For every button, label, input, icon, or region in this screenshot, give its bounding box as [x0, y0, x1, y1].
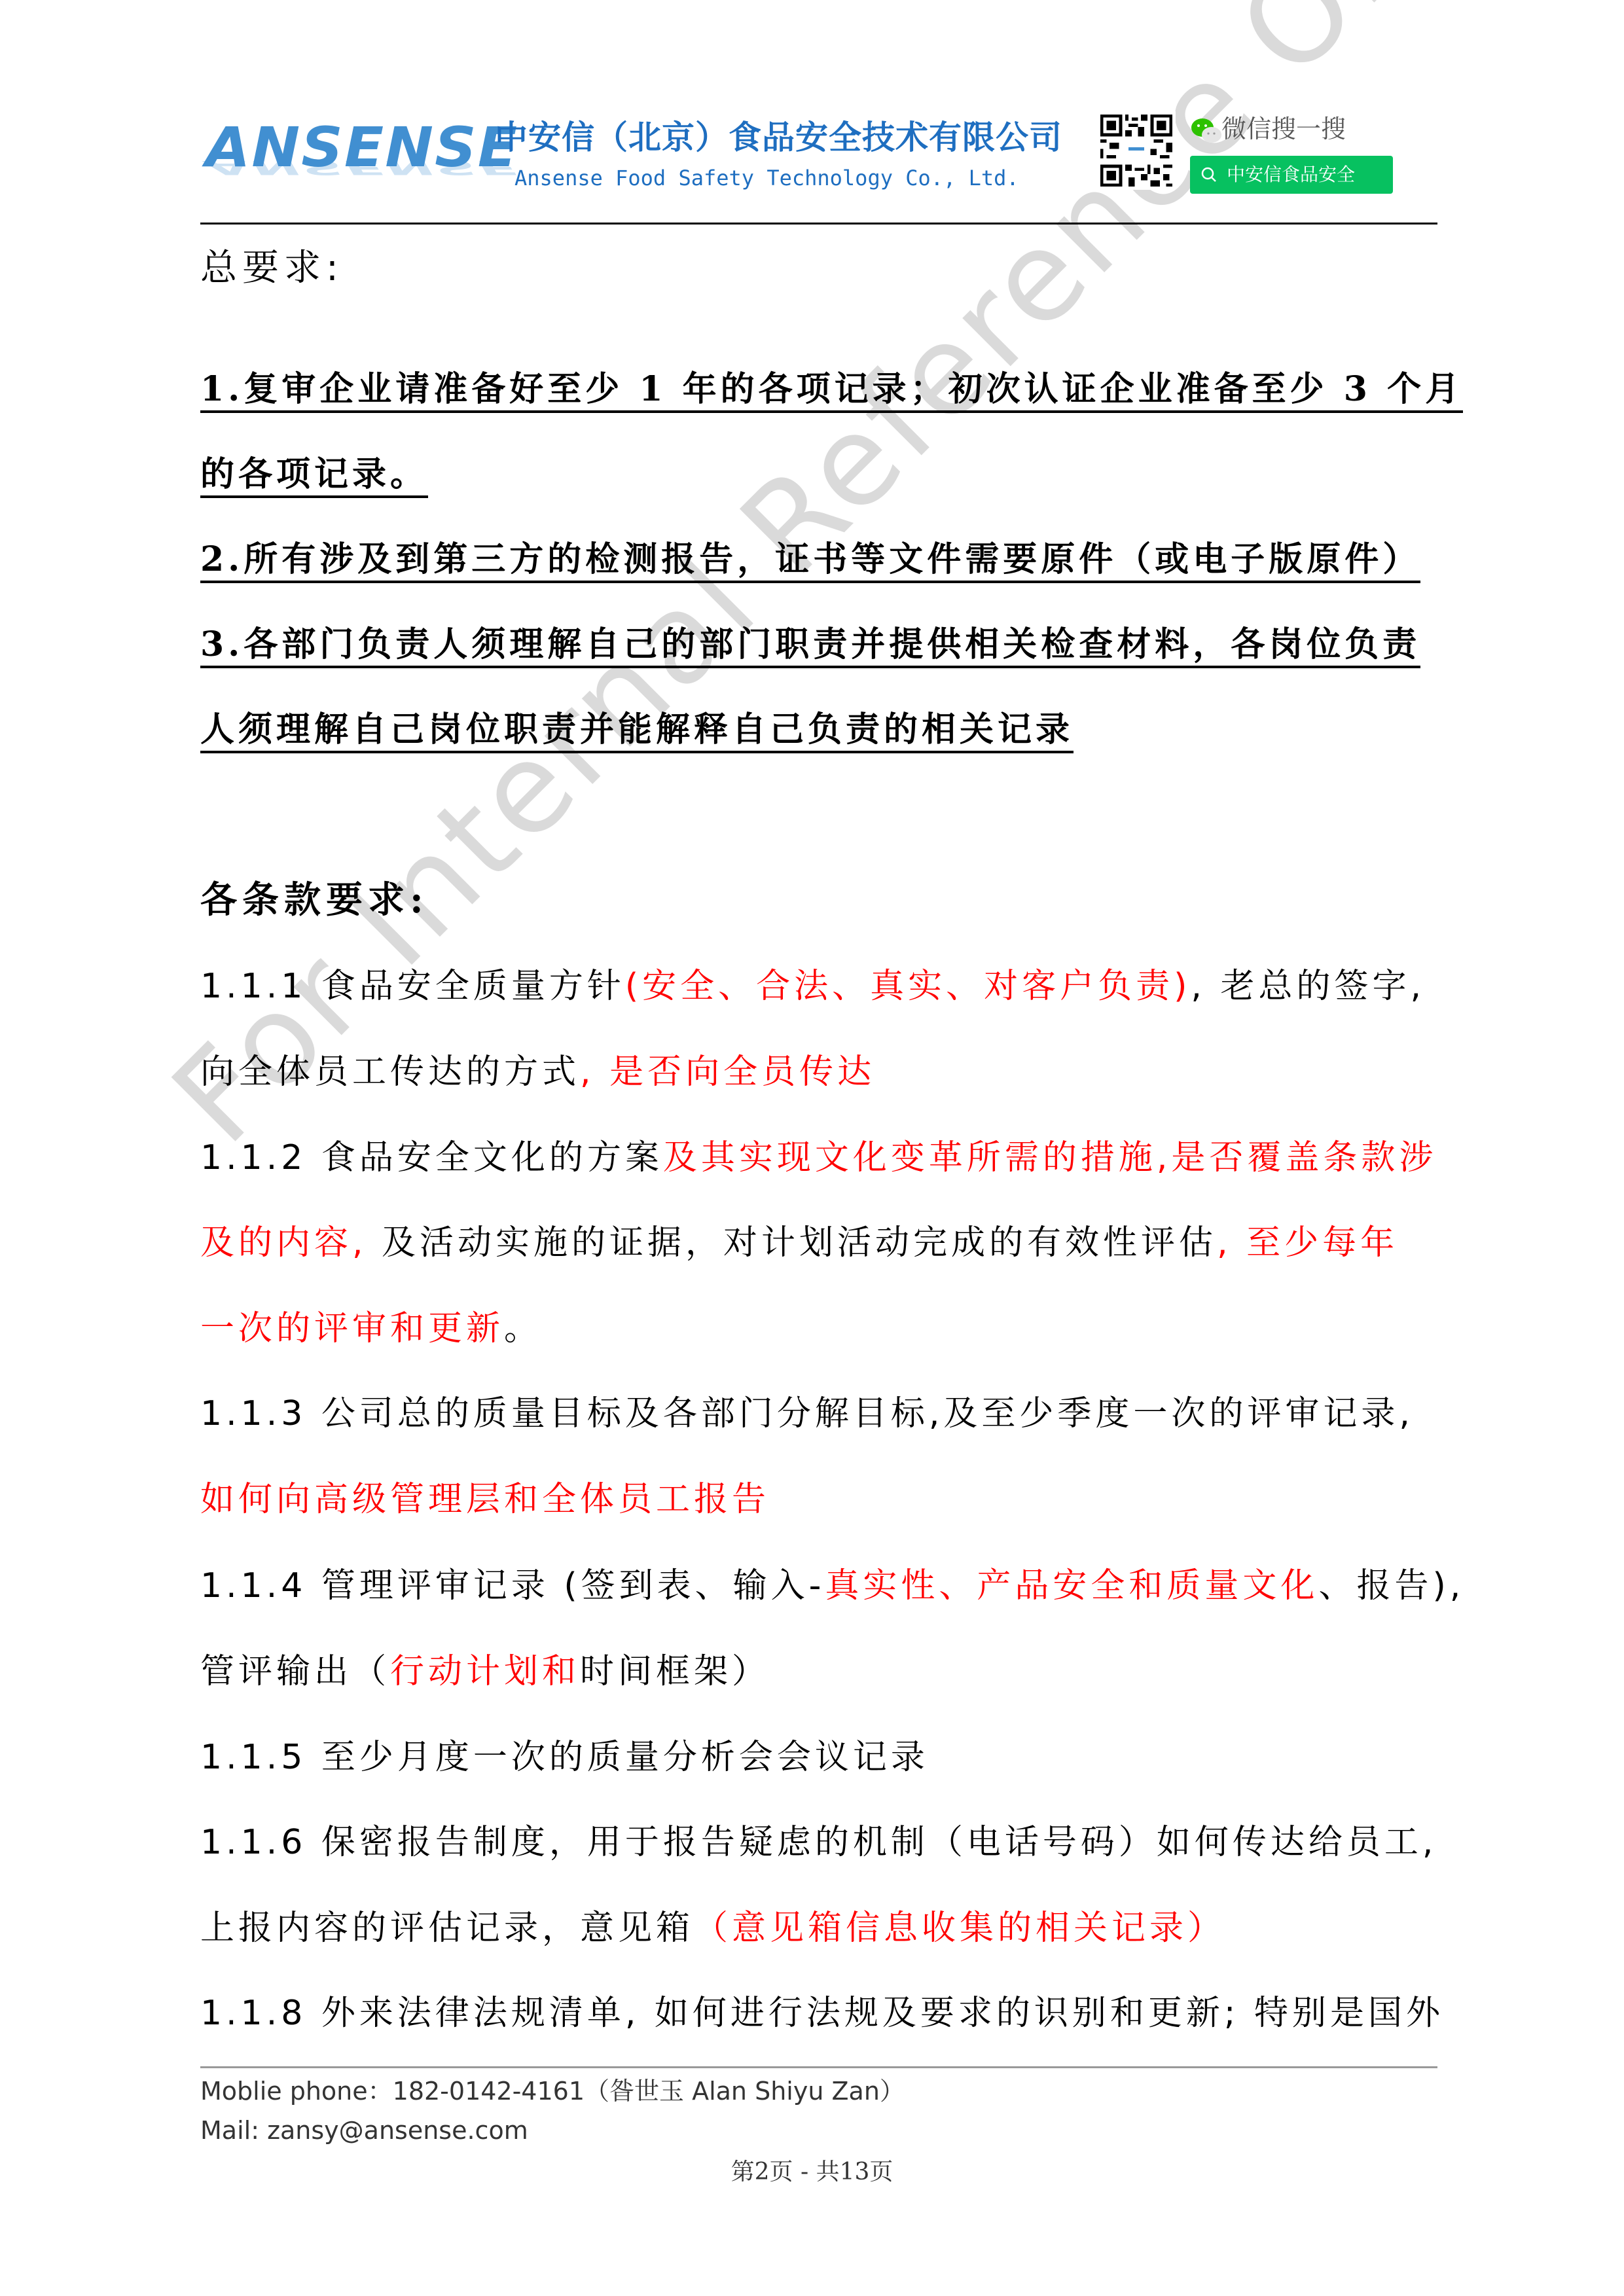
- wechat-search-text: 中安信食品安全: [1227, 156, 1355, 194]
- qr-code-icon: [1097, 111, 1176, 190]
- document-page: For Internal Reference ONLY ANSENSE ANSE…: [0, 0, 1624, 2296]
- clause-1-1-1-line-2: 向全体员工传达的方式, 是否向全员传达: [200, 1049, 875, 1095]
- clause-1-1-3-line-2: 如何向高级管理层和全体员工报告: [200, 1477, 770, 1522]
- general-item-2: 2.所有涉及到第三方的检测报告，证书等文件需要原件（或电子版原件）: [200, 537, 1420, 583]
- general-item-3-line-1: 3.各部门负责人须理解自己的部门职责并提供相关检查材料，各岗位负责: [200, 622, 1420, 668]
- clause-1-1-6-line-1: 1.1.6 保密报告制度，用于报告疑虑的机制（电话号码）如何传达给员工,: [200, 1820, 1437, 1865]
- company-name-en: Ansense Food Safety Technology Co., Ltd.: [514, 165, 1019, 191]
- clause-1-1-6-line-2: 上报内容的评估记录，意见箱（意见箱信息收集的相关记录）: [200, 1905, 1225, 1951]
- clause-1-1-3-line-1: 1.1.3 公司总的质量目标及各部门分解目标,及至少季度一次的评审记录,: [200, 1391, 1414, 1437]
- page-number: 第2页 - 共13页: [0, 2153, 1624, 2187]
- header-divider: [200, 223, 1437, 224]
- general-title: 总要求:: [200, 245, 344, 291]
- ansense-logo: ANSENSE ANSENSE: [206, 118, 487, 216]
- clause-1-1-4-line-2: 管评输出（行动计划和时间框架）: [200, 1649, 770, 1695]
- general-item-3-line-2: 人须理解自己岗位职责并能解释自己负责的相关记录: [200, 707, 1074, 753]
- general-item-1-line-1: 1.复审企业请准备好至少 1 年的各项记录；初次认证企业准备至少 3 个月: [200, 367, 1463, 412]
- letterhead: ANSENSE ANSENSE 中安信（北京）食品安全技术有限公司 Ansens…: [200, 105, 1437, 223]
- clause-1-1-8: 1.1.8 外来法律法规清单, 如何进行法规及要求的识别和更新; 特别是国外: [200, 1990, 1444, 2036]
- clause-1-1-2-line-2: 及的内容, 及活动实施的证据，对计划活动完成的有效性评估, 至少每年: [200, 1220, 1398, 1266]
- clause-1-1-2-line-3: 一次的评审和更新。: [200, 1306, 542, 1352]
- clauses-title: 各条款要求:: [200, 877, 429, 923]
- clause-1-1-1-line-1: 1.1.1 食品安全质量方针(安全、合法、真实、对客户负责), 老总的签字,: [200, 963, 1425, 1009]
- clause-1-1-2-line-1: 1.1.2 食品安全文化的方案及其实现文化变革所需的措施,是否覆盖条款涉: [200, 1135, 1437, 1181]
- footer-mail: Mail: zansy@ansense.com: [200, 2114, 528, 2147]
- wechat-search-label: 微信搜一搜: [1221, 113, 1346, 145]
- wechat-icon: [1190, 117, 1223, 145]
- clause-1-1-4-line-1: 1.1.4 管理评审记录 (签到表、输入-真实性、产品安全和质量文化、报告),: [200, 1563, 1464, 1609]
- clause-1-1-5: 1.1.5 至少月度一次的质量分析会会议记录: [200, 1734, 929, 1780]
- wechat-search-box: 中安信食品安全: [1190, 156, 1393, 194]
- footer-divider: [200, 2066, 1437, 2068]
- footer-phone: Moblie phone：182-0142-4161（昝世玉 Alan Shiy…: [200, 2075, 905, 2108]
- general-item-1-line-2: 的各项记录。: [200, 452, 428, 497]
- company-name-cn: 中安信（北京）食品安全技术有限公司: [495, 118, 1062, 157]
- logo-reflection: ANSENSE: [206, 158, 518, 179]
- search-icon: [1200, 166, 1218, 183]
